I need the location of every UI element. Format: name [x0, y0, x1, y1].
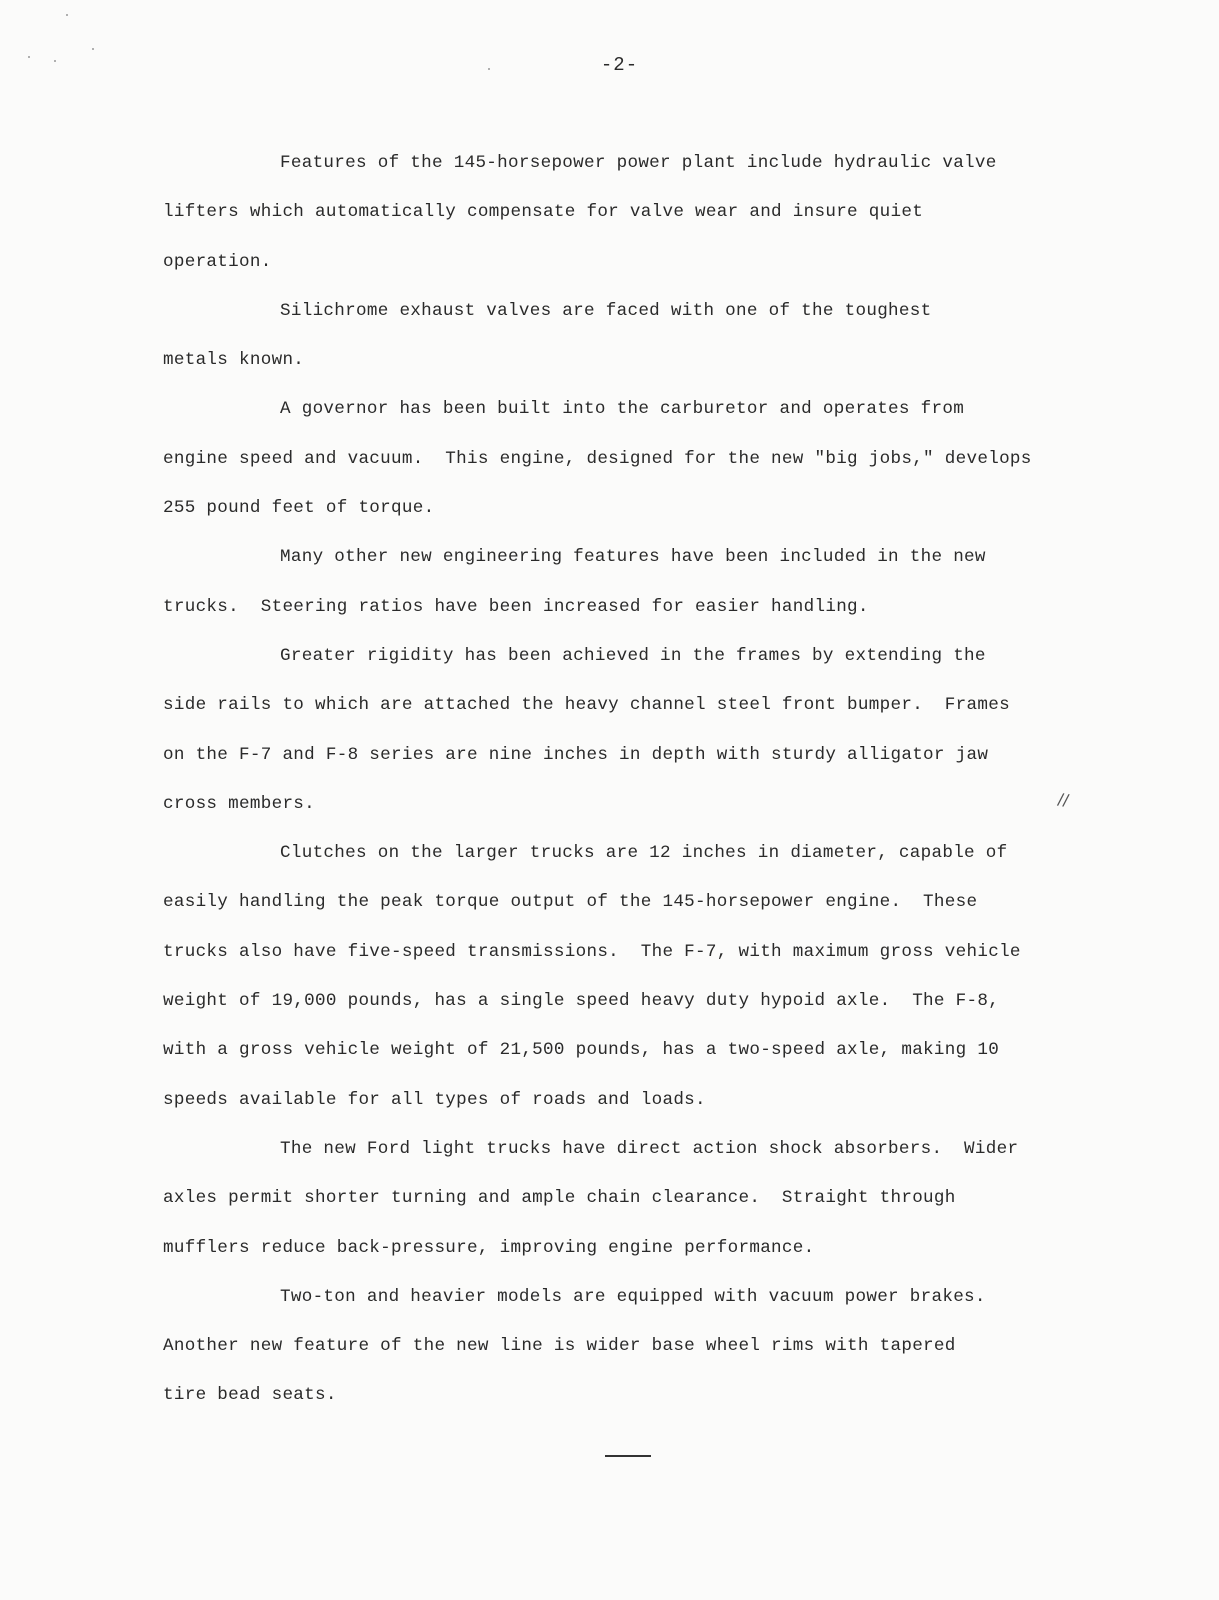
text-line: The new Ford light trucks have direct ac…	[163, 1134, 1123, 1183]
page-number: -2-	[0, 54, 1219, 76]
text-line: lifters which automatically compensate f…	[163, 197, 1123, 246]
text-line: on the F-7 and F-8 series are nine inche…	[163, 740, 1123, 789]
text-line: axles permit shorter turning and ample c…	[163, 1183, 1123, 1232]
text-line: Many other new engineering features have…	[163, 542, 1123, 591]
text-line: Another new feature of the new line is w…	[163, 1331, 1123, 1380]
text-line: Clutches on the larger trucks are 12 inc…	[163, 838, 1123, 887]
text-line: side rails to which are attached the hea…	[163, 690, 1123, 739]
text-line: speeds available for all types of roads …	[163, 1085, 1123, 1134]
text-line: with a gross vehicle weight of 21,500 po…	[163, 1035, 1123, 1084]
text-line: tire bead seats.	[163, 1380, 1123, 1429]
text-line: metals known.	[163, 345, 1123, 394]
text-line: mufflers reduce back-pressure, improving…	[163, 1233, 1123, 1282]
text-line: Two-ton and heavier models are equipped …	[163, 1282, 1123, 1331]
text-line: engine speed and vacuum. This engine, de…	[163, 444, 1123, 493]
text-line: trucks also have five-speed transmission…	[163, 937, 1123, 986]
text-line: weight of 19,000 pounds, has a single sp…	[163, 986, 1123, 1035]
scan-speck	[92, 48, 94, 50]
text-line: operation.	[163, 247, 1123, 296]
text-line: A governor has been built into the carbu…	[163, 394, 1123, 443]
text-line: Silichrome exhaust valves are faced with…	[163, 296, 1123, 345]
scan-speck	[66, 14, 68, 16]
text-line: easily handling the peak torque output o…	[163, 887, 1123, 936]
end-of-text-rule	[605, 1455, 651, 1457]
text-line: 255 pound feet of torque.	[163, 493, 1123, 542]
text-line: trucks. Steering ratios have been increa…	[163, 592, 1123, 641]
text-line: cross members.	[163, 789, 1123, 838]
document-body: Features of the 145-horsepower power pla…	[163, 148, 1123, 1430]
text-line: Features of the 145-horsepower power pla…	[163, 148, 1123, 197]
document-page: -2- Features of the 145-horsepower power…	[0, 0, 1219, 1600]
text-line: Greater rigidity has been achieved in th…	[163, 641, 1123, 690]
